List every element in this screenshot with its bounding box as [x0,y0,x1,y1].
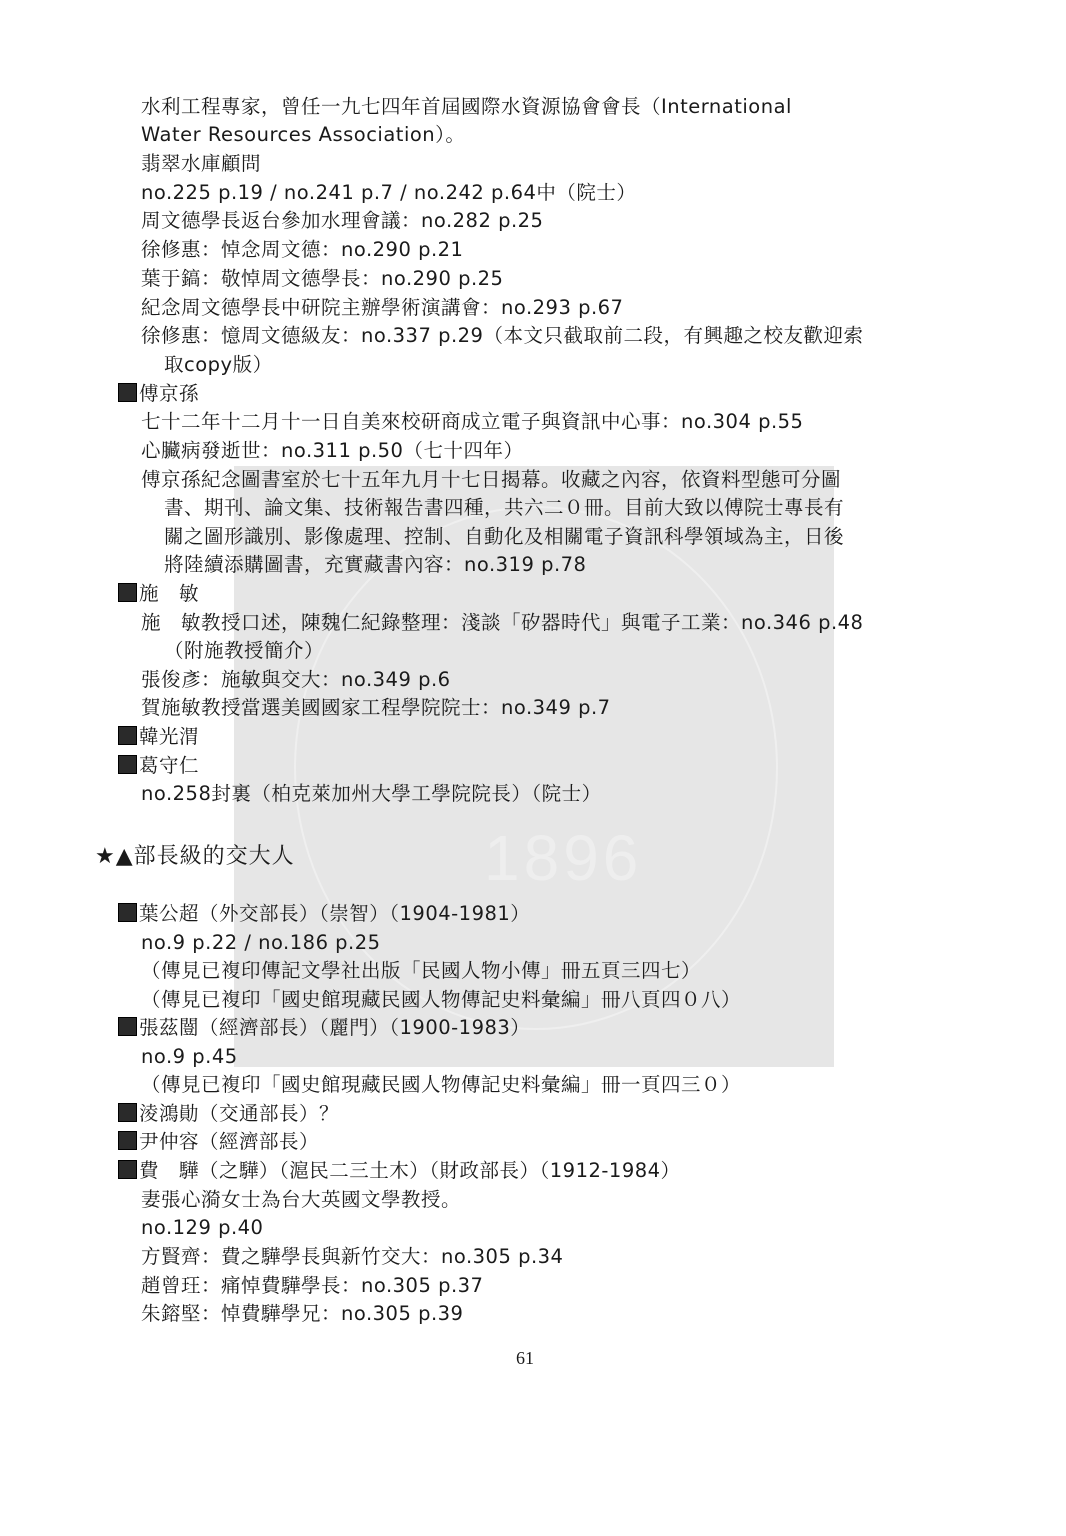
square-bullet-icon [118,726,137,745]
watermark-year: 1896 [484,821,642,895]
section-title: ★▲部長級的交大人 [95,842,295,872]
square-bullet-icon [118,583,137,602]
page-number: 61 [516,1346,534,1370]
citation-line: 張俊彥：施敏與交大：no.349 p.6 [141,666,451,694]
citation-line: no.258封裏（柏克萊加州大學工學院院長）（院士） [141,780,602,808]
text-line: （傳見已複印「國史館現藏民國人物傳記史料彙編」冊八頁四０八） [141,986,741,1014]
person-name: 尹仲容（經濟部長） [139,1130,319,1153]
person-heading: 葉公超（外交部長）（崇智）（1904-1981） [118,900,530,928]
person-heading: 費 驊（之驊）（滬民二三土木）（財政部長）（1912-1984） [118,1157,681,1185]
text-line: 妻張心漪女士為台大英國文學教授。 [141,1186,461,1214]
citation-line: 方賢齊：費之驊學長與新竹交大：no.305 p.34 [141,1243,563,1271]
person-heading: 傅京孫 [118,380,199,408]
square-bullet-icon [118,1160,137,1179]
square-bullet-icon [118,1131,137,1150]
person-name: 施 敏 [139,582,199,605]
square-bullet-icon [118,903,137,922]
text-line: 水利工程專家，曾任一九七四年首屆國際水資源協會會長（International [141,93,792,121]
citation-line: no.9 p.45 [141,1043,238,1071]
person-heading: 尹仲容（經濟部長） [118,1128,319,1156]
citation-line: 心臟病發逝世：no.311 p.50（七十四年） [141,437,523,465]
square-bullet-icon [118,383,137,402]
citation-line: 紀念周文德學長中研院主辦學術演講會：no.293 p.67 [141,294,623,322]
citation-line: 徐修惠：悼念周文德：no.290 p.21 [141,236,463,264]
square-bullet-icon [118,1017,137,1036]
text-line: 關之圖形識別、影像處理、控制、自動化及相關電子資訊科學領域為主，日後 [164,523,844,551]
person-name: 葛守仁 [139,754,199,777]
person-name: 張茲闓（經濟部長）（麗門）（1900-1983） [139,1016,530,1039]
person-heading: 葛守仁 [118,752,199,780]
person-heading: 張茲闓（經濟部長）（麗門）（1900-1983） [118,1014,530,1042]
person-heading: 韓光渭 [118,723,199,751]
person-name: 淩鴻勛（交通部長）？ [139,1102,339,1125]
text-line: Water Resources Association）。 [141,121,465,149]
citation-line: 施 敏教授口述，陳魏仁紀錄整理：淺談「矽器時代」與電子工業：no.346 p.4… [141,609,863,637]
citation-line: 趙曾玨：痛悼費驊學長：no.305 p.37 [141,1272,483,1300]
citation-line: 周文德學長返台參加水理會議：no.282 p.25 [141,207,543,235]
square-bullet-icon [118,755,137,774]
citation-line: 賀施敏教授當選美國國家工程學院院士：no.349 p.7 [141,694,611,722]
text-line: 翡翠水庫顧問 [141,150,261,178]
square-bullet-icon [118,1103,137,1122]
text-line: （傳見已複印「國史館現藏民國人物傳記史料彙編」冊一頁四三０） [141,1071,741,1099]
citation-line: no.9 p.22 / no.186 p.25 [141,929,381,957]
text-line: （傳見已複印傳記文學社出版「民國人物小傳」冊五頁三四七） [141,957,701,985]
person-name: 傅京孫 [139,382,199,405]
person-name: 韓光渭 [139,725,199,748]
citation-line: 徐修惠：憶周文德級友：no.337 p.29（本文只截取前二段，有興趣之校友歡迎… [141,322,863,350]
text-line: 傅京孫紀念圖書室於七十五年九月十七日揭幕。收藏之內容，依資料型態可分圖 [141,466,841,494]
person-name: 葉公超（外交部長）（崇智）（1904-1981） [139,902,530,925]
citation-line: 七十二年十二月十一日自美來校研商成立電子與資訊中心事：no.304 p.55 [141,408,803,436]
text-line: 書、期刊、論文集、技術報告書四種，共六二０冊。目前大致以傅院士專長有 [164,494,844,522]
citation-line: 朱鎔堅：悼費驊學兄：no.305 p.39 [141,1300,463,1328]
citation-line: 葉于鎬：敬悼周文德學長：no.290 p.25 [141,265,503,293]
citation-line: no.129 p.40 [141,1214,263,1242]
text-line: （附施教授簡介） [164,637,324,665]
citation-line: 取copy版） [164,351,273,379]
citation-line: 將陸續添購圖書，充實藏書內容：no.319 p.78 [164,551,586,579]
citation-line: no.225 p.19 / no.241 p.7 / no.242 p.64中（… [141,179,636,207]
person-heading: 施 敏 [118,580,199,608]
person-name: 費 驊（之驊）（滬民二三土木）（財政部長）（1912-1984） [139,1159,681,1182]
person-heading: 淩鴻勛（交通部長）？ [118,1100,339,1128]
